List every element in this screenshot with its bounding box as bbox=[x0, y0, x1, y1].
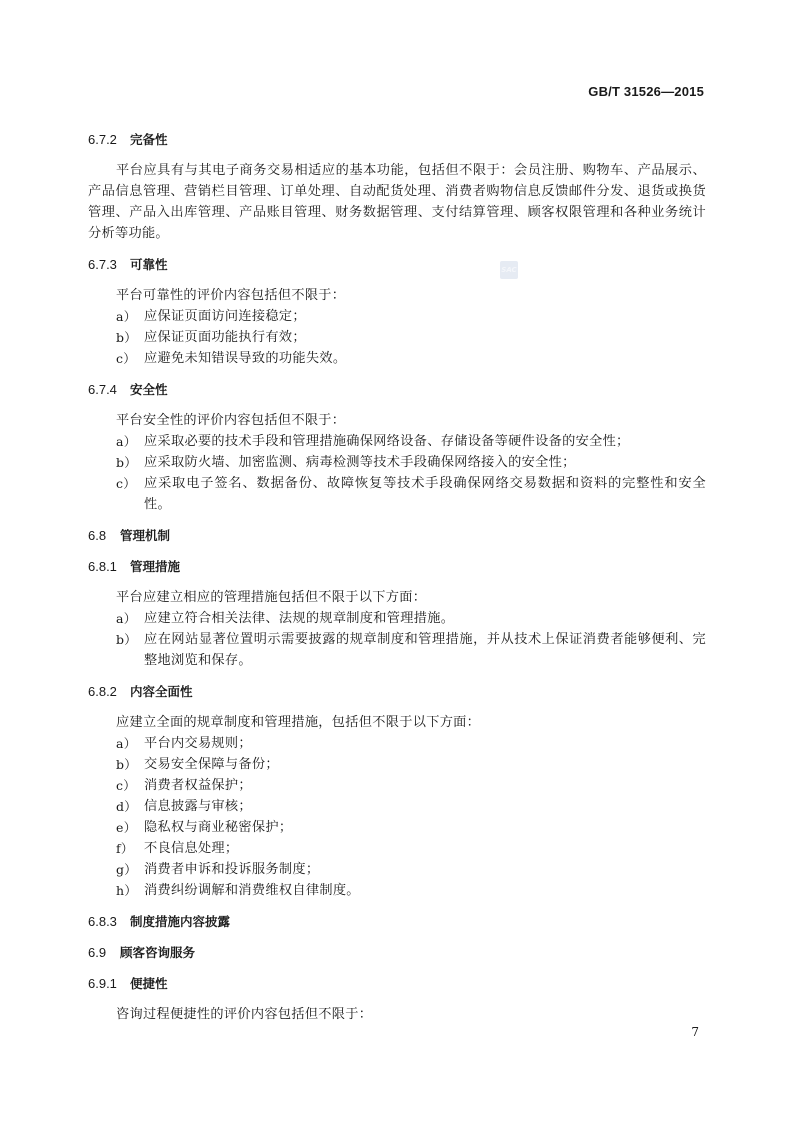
section-title: 完备性 bbox=[130, 132, 168, 147]
list-marker: a） bbox=[116, 733, 137, 754]
paragraph-security-intro: 平台安全性的评价内容包括但不限于： bbox=[88, 410, 706, 431]
list-item: b）应采取防火墙、加密监测、病毒检测等技术手段确保网络接入的安全性； bbox=[88, 452, 706, 473]
list-marker: b） bbox=[116, 327, 137, 348]
list-item-text: 平台内交易规则； bbox=[144, 736, 252, 751]
section-heading-6-7-3: 6.7.3可靠性 bbox=[88, 254, 706, 275]
paragraph-reliability-intro: 平台可靠性的评价内容包括但不限于： bbox=[88, 285, 706, 306]
list-item: h）消费纠纷调解和消费维权自律制度。 bbox=[88, 880, 706, 901]
list-item-text: 消费者申诉和投诉服务制度； bbox=[144, 862, 319, 877]
section-heading-6-8-3: 6.8.3制度措施内容披露 bbox=[88, 911, 706, 932]
paragraph-convenience-intro: 咨询过程便捷性的评价内容包括但不限于： bbox=[88, 1004, 706, 1025]
section-title: 内容全面性 bbox=[130, 684, 193, 699]
list-item: a）应建立符合相关法律、法规的规章制度和管理措施。 bbox=[88, 608, 706, 629]
list-marker: b） bbox=[116, 629, 137, 650]
section-title: 便捷性 bbox=[130, 976, 168, 991]
section-heading-6-8-1: 6.8.1管理措施 bbox=[88, 556, 706, 577]
content-completeness-list: a）平台内交易规则； b）交易安全保障与备份； c）消费者权益保护； d）信息披… bbox=[88, 733, 706, 901]
list-item-text: 信息披露与审核； bbox=[144, 799, 252, 814]
list-item: d）信息披露与审核； bbox=[88, 796, 706, 817]
list-item: b）交易安全保障与备份； bbox=[88, 754, 706, 775]
reliability-list: a）应保证页面访问连接稳定； b）应保证页面功能执行有效； c）应避免未知错误导… bbox=[88, 306, 706, 369]
list-marker: g） bbox=[116, 859, 137, 880]
list-marker: c） bbox=[116, 775, 136, 796]
management-list: a）应建立符合相关法律、法规的规章制度和管理措施。 b）应在网站显著位置明示需要… bbox=[88, 608, 706, 671]
section-number: 6.8.2 bbox=[88, 681, 130, 702]
paragraph-management-intro: 平台应建立相应的管理措施包括但不限于以下方面： bbox=[88, 587, 706, 608]
list-marker: c） bbox=[116, 473, 136, 494]
section-title: 顾客咨询服务 bbox=[120, 945, 195, 960]
list-item: a）应采取必要的技术手段和管理措施确保网络设备、存储设备等硬件设备的安全性； bbox=[88, 431, 706, 452]
section-title: 可靠性 bbox=[130, 257, 168, 272]
list-item: e）隐私权与商业秘密保护； bbox=[88, 817, 706, 838]
list-item: g）消费者申诉和投诉服务制度； bbox=[88, 859, 706, 880]
section-heading-6-8: 6.8管理机制 bbox=[88, 525, 706, 546]
section-heading-6-7-4: 6.7.4安全性 bbox=[88, 379, 706, 400]
list-marker: a） bbox=[116, 431, 137, 452]
list-item: b）应在网站显著位置明示需要披露的规章制度和管理措施，并从技术上保证消费者能够便… bbox=[88, 629, 706, 671]
section-heading-6-8-2: 6.8.2内容全面性 bbox=[88, 681, 706, 702]
section-heading-6-7-2: 6.7.2完备性 bbox=[88, 129, 706, 150]
list-marker: a） bbox=[116, 306, 137, 327]
list-item: c）应避免未知错误导致的功能失效。 bbox=[88, 348, 706, 369]
list-marker: c） bbox=[116, 348, 136, 369]
section-title: 安全性 bbox=[130, 382, 168, 397]
section-title: 管理措施 bbox=[130, 559, 180, 574]
list-item-text: 消费纠纷调解和消费维权自律制度。 bbox=[144, 883, 360, 898]
page-number: 7 bbox=[691, 1025, 699, 1039]
list-item-text: 应避免未知错误导致的功能失效。 bbox=[144, 351, 346, 366]
list-item-text: 应建立符合相关法律、法规的规章制度和管理措施。 bbox=[144, 611, 454, 626]
section-number: 6.7.4 bbox=[88, 379, 130, 400]
section-title: 管理机制 bbox=[120, 528, 170, 543]
list-marker: b） bbox=[116, 754, 137, 775]
section-title: 制度措施内容披露 bbox=[130, 914, 230, 929]
document-page: GB/T 31526—2015 SAC 6.7.2完备性 平台应具有与其电子商务… bbox=[0, 0, 794, 1123]
list-item: c）应采取电子签名、数据备份、故障恢复等技术手段确保网络交易数据和资料的完整性和… bbox=[88, 473, 706, 515]
section-heading-6-9-1: 6.9.1便捷性 bbox=[88, 973, 706, 994]
list-item-text: 不良信息处理； bbox=[144, 841, 238, 856]
section-number: 6.8.1 bbox=[88, 556, 130, 577]
section-number: 6.9 bbox=[88, 942, 120, 963]
section-number: 6.7.3 bbox=[88, 254, 130, 275]
standard-code-header: GB/T 31526—2015 bbox=[588, 84, 704, 99]
document-body: 6.7.2完备性 平台应具有与其电子商务交易相适应的基本功能，包括但不限于：会员… bbox=[88, 129, 706, 1025]
list-item-text: 应采取防火墙、加密监测、病毒检测等技术手段确保网络接入的安全性； bbox=[144, 455, 576, 470]
paragraph-completeness: 平台应具有与其电子商务交易相适应的基本功能，包括但不限于：会员注册、购物车、产品… bbox=[88, 160, 706, 244]
list-item-text: 应采取电子签名、数据备份、故障恢复等技术手段确保网络交易数据和资料的完整性和安全… bbox=[144, 476, 706, 512]
list-marker: f） bbox=[116, 838, 134, 859]
list-item: a）平台内交易规则； bbox=[88, 733, 706, 754]
section-number: 6.7.2 bbox=[88, 129, 130, 150]
list-marker: b） bbox=[116, 452, 137, 473]
security-list: a）应采取必要的技术手段和管理措施确保网络设备、存储设备等硬件设备的安全性； b… bbox=[88, 431, 706, 515]
paragraph-content-intro: 应建立全面的规章制度和管理措施，包括但不限于以下方面： bbox=[88, 712, 706, 733]
list-item: a）应保证页面访问连接稳定； bbox=[88, 306, 706, 327]
list-marker: a） bbox=[116, 608, 137, 629]
list-item-text: 隐私权与商业秘密保护； bbox=[144, 820, 292, 835]
list-item-text: 应在网站显著位置明示需要披露的规章制度和管理措施，并从技术上保证消费者能够便利、… bbox=[144, 632, 706, 668]
section-number: 6.9.1 bbox=[88, 973, 130, 994]
list-item: c）消费者权益保护； bbox=[88, 775, 706, 796]
section-number: 6.8 bbox=[88, 525, 120, 546]
list-item: f）不良信息处理； bbox=[88, 838, 706, 859]
section-number: 6.8.3 bbox=[88, 911, 130, 932]
list-item-text: 消费者权益保护； bbox=[144, 778, 252, 793]
list-marker: d） bbox=[116, 796, 137, 817]
list-marker: h） bbox=[116, 880, 137, 901]
list-item-text: 应保证页面访问连接稳定； bbox=[144, 309, 306, 324]
section-heading-6-9: 6.9顾客咨询服务 bbox=[88, 942, 706, 963]
list-item-text: 交易安全保障与备份； bbox=[144, 757, 279, 772]
list-item-text: 应采取必要的技术手段和管理措施确保网络设备、存储设备等硬件设备的安全性； bbox=[144, 434, 630, 449]
list-marker: e） bbox=[116, 817, 137, 838]
list-item: b）应保证页面功能执行有效； bbox=[88, 327, 706, 348]
list-item-text: 应保证页面功能执行有效； bbox=[144, 330, 306, 345]
